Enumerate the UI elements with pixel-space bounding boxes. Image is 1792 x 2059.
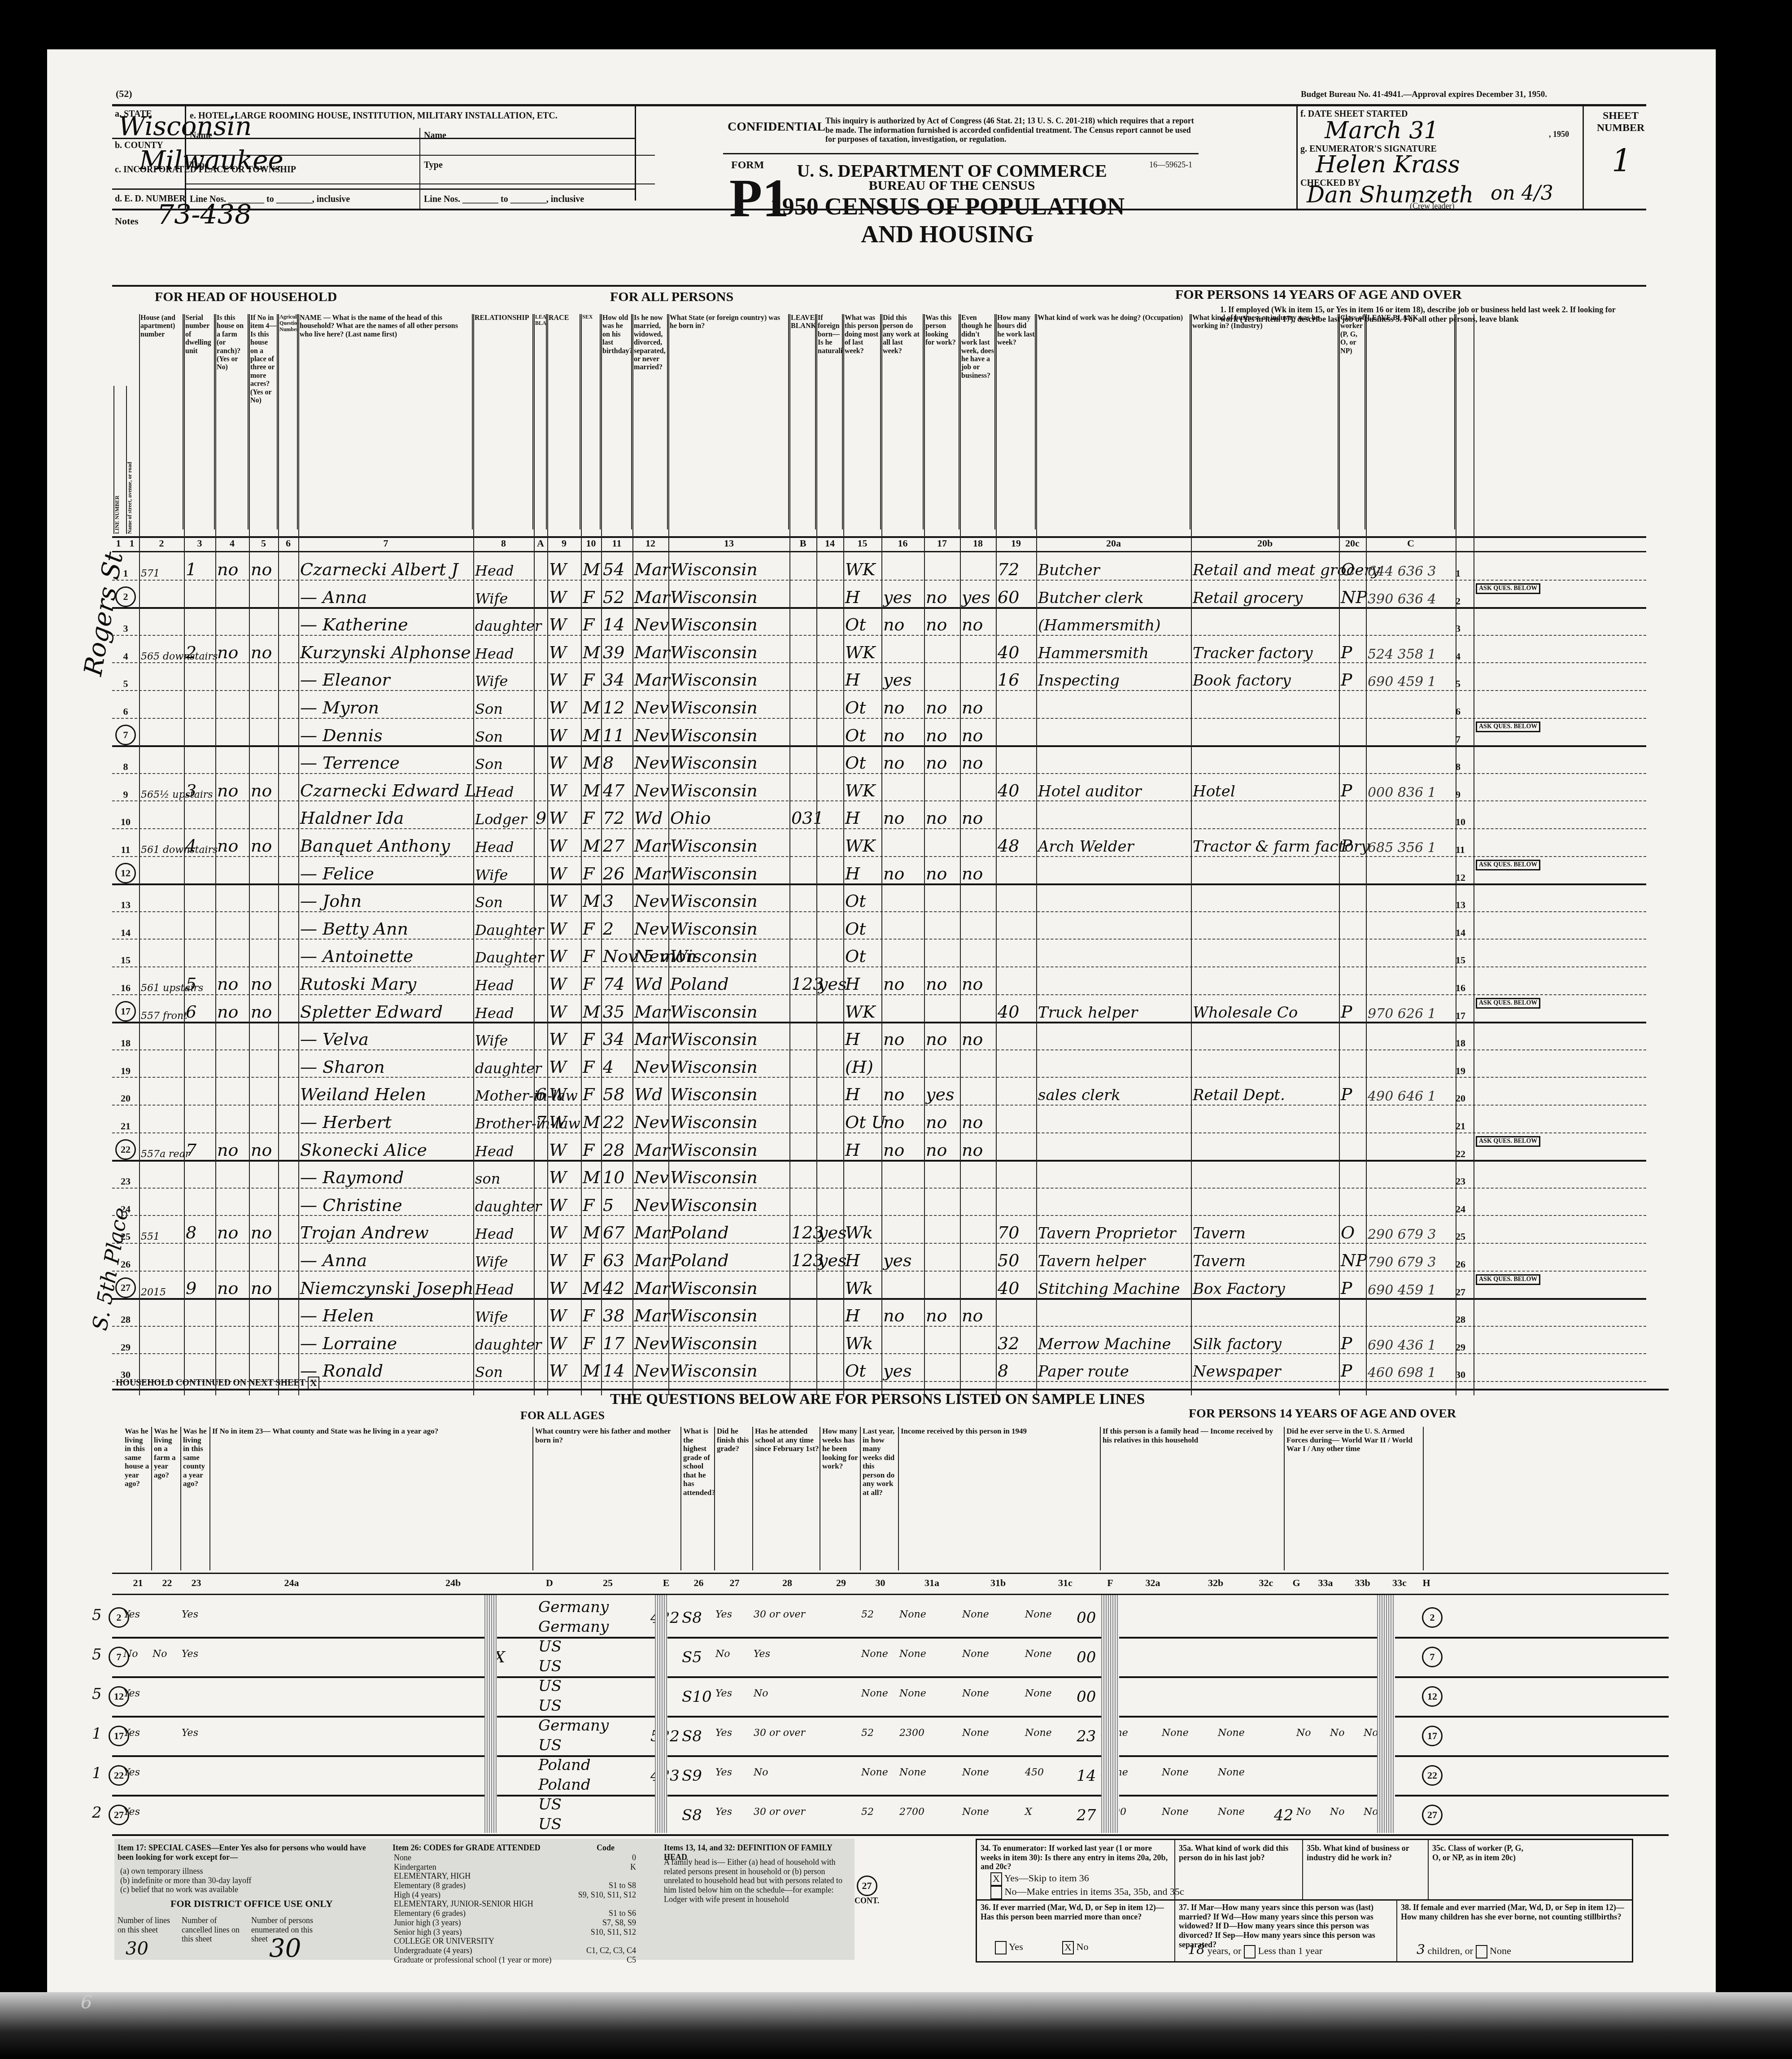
sample-cell-q21[interactable]: Yes: [123, 1688, 150, 1699]
q35c-text: 35c. Class of worker (P, G, O, or NP, as…: [1432, 1844, 1531, 1862]
checked-on: on 4/3: [1491, 182, 1553, 205]
left-margin-mark: 5: [92, 1685, 102, 1703]
household-continued-checkbox[interactable]: X: [308, 1377, 319, 1390]
table-row: 13— JohnSonWM3NevWisconsinOt13: [112, 883, 1646, 912]
table-row: 29— LorrainedaughterWF17NevWisconsinWk32…: [112, 1326, 1646, 1355]
line-number-right: 2: [1456, 580, 1474, 609]
line-number-value: 22: [115, 1139, 136, 1160]
cell-age: 12: [603, 690, 631, 719]
sample-column-number: G: [1285, 1577, 1308, 1589]
table-row: 10Haldner IdaLodger9WF72WdOhio031Hnonono…: [112, 800, 1646, 829]
cell-codes: 490 646 1: [1368, 1077, 1454, 1106]
cell-col17: no: [926, 745, 958, 774]
cell-col18: no: [962, 966, 994, 996]
column-number: 15: [843, 538, 881, 549]
cell-sex: M: [583, 745, 599, 774]
table-row: 2— AnnaWifeWF52MarWisconsinHyesnoyes60Bu…: [112, 580, 1646, 609]
cell-rel: Wife: [475, 662, 532, 691]
grade-code-value: S1 to S8: [609, 1881, 636, 1890]
cell-ind: Wholesale Co: [1193, 994, 1337, 1023]
cell-name: — Christine: [300, 1188, 471, 1217]
cell-col15: Wk: [845, 1326, 880, 1355]
cell-colA: 7: [536, 1105, 545, 1134]
cell-mar: Nev: [634, 607, 667, 636]
cell-age: 67: [603, 1215, 631, 1244]
cell-sex: F: [583, 911, 599, 940]
line-number: 16: [112, 966, 139, 996]
sample-column-number: 28: [754, 1577, 821, 1589]
column-header-17: Was this person looking for work?: [925, 314, 959, 529]
cell-race: W: [549, 745, 579, 774]
cell-sex: F: [583, 856, 599, 885]
sample-for-14-over: FOR PERSONS 14 YEARS OF AGE AND OVER: [1189, 1407, 1456, 1421]
sample-column-number: H: [1417, 1577, 1435, 1589]
column-number: 14: [816, 538, 843, 549]
cell-colB: 123: [791, 1243, 815, 1272]
cell-mar: Mar: [634, 1298, 667, 1327]
cell-codes: 685 356 1: [1368, 828, 1454, 857]
cell-col16: yes: [883, 580, 922, 609]
cell-name: Czarnecki Edward L: [300, 773, 471, 802]
sample-cell-q32c: None: [1218, 1767, 1272, 1778]
column-header-B: LEAVE BLANK: [791, 314, 816, 529]
grade-code-label: ELEMENTARY, HIGH: [394, 1871, 471, 1881]
table-row: 11561 downstairs4nonoBanquet AnthonyHead…: [112, 828, 1646, 857]
sample-cell-q31a: None: [899, 1609, 962, 1620]
q37-less-checkbox[interactable]: [1244, 1945, 1256, 1958]
cell-serial: 1: [186, 552, 214, 581]
cell-race: W: [549, 718, 579, 747]
grade-code-value: S7, S8, S9: [602, 1918, 636, 1928]
table-row: 6— MyronSonWM12NevWisconsinOtnonono6: [112, 690, 1646, 719]
cell-acres: no: [251, 966, 276, 996]
cell-rel: Brother-in-law: [475, 1105, 532, 1134]
cell-race: W: [549, 1243, 579, 1272]
cell-hours: 50: [998, 1243, 1034, 1272]
grade-codes-title: Item 26: CODES for GRADE ATTENDED: [392, 1843, 608, 1853]
cell-col15: H: [845, 856, 880, 885]
sample-cell-mother: US: [538, 1697, 628, 1715]
cell-age: 38: [603, 1298, 631, 1327]
cell-codes: 000 836 1: [1368, 773, 1454, 802]
grade-code-label: None: [394, 1853, 411, 1862]
cell-birth: Poland: [670, 1215, 788, 1244]
cell-sex: M: [583, 635, 599, 664]
cell-rel: Head: [475, 994, 532, 1023]
column-header-12: Is he now married, widowed, divorced, se…: [634, 314, 668, 529]
cell-col18: no: [962, 607, 994, 636]
column-number: 19: [996, 538, 1036, 549]
cell-col16: no: [883, 966, 922, 996]
cell-sex: M: [583, 1271, 599, 1300]
sample-cell-q28[interactable]: 30 or over: [754, 1609, 816, 1620]
cell-farm: no: [217, 635, 247, 664]
cell-race: W: [549, 1215, 579, 1244]
sample-header-q27: Did he finish this grade?: [717, 1427, 753, 1570]
q36-no-checkbox[interactable]: X: [1062, 1941, 1074, 1954]
cell-col15: H: [845, 966, 880, 996]
cell-col15: H: [845, 1022, 880, 1051]
cell-birth: Wisconsin: [670, 994, 788, 1023]
sample-cell-finish[interactable]: Yes: [715, 1609, 751, 1620]
line-number-right: 27: [1456, 1271, 1474, 1300]
cell-sex: F: [583, 580, 599, 609]
cell-cls: P: [1341, 1326, 1364, 1355]
sample-cell-q30: None: [861, 1767, 897, 1778]
sample-column-number: E: [650, 1577, 682, 1589]
cell-acres: no: [251, 1271, 276, 1300]
institution-name-label-2: Name: [424, 131, 446, 141]
cell-age: 14: [603, 607, 631, 636]
q35b-text: 35b. What kind of business or industry d…: [1307, 1844, 1423, 1862]
q36-no-option[interactable]: X No: [1062, 1941, 1088, 1954]
cell-sex: F: [583, 1188, 599, 1217]
section-all-persons: FOR ALL PERSONS: [610, 289, 733, 305]
line-number: 23: [112, 1160, 139, 1189]
cell-sex: M: [583, 1353, 599, 1382]
line-number: 27: [112, 1271, 139, 1300]
q34-yes-checkbox[interactable]: X: [990, 1872, 1002, 1886]
line-number-value: 23: [121, 1176, 131, 1187]
sample-cell-colF: 00: [1077, 1609, 1099, 1627]
line-number: 25: [112, 1215, 139, 1244]
column-number: 4: [215, 538, 249, 549]
leave-blank-hatch: [1377, 1595, 1395, 1833]
cell-age: 47: [603, 773, 631, 802]
q37-less-label: Less than 1 year: [1258, 1945, 1322, 1956]
cell-sex: M: [583, 552, 599, 581]
sample-cell-grade: S8: [682, 1727, 713, 1745]
cell-col17: no: [926, 690, 958, 719]
cell-sex: M: [583, 994, 599, 1023]
sample-header-q29: How many weeks has he been looking for w…: [822, 1427, 861, 1570]
cell-hours: 48: [998, 828, 1034, 857]
sample-cell-finish[interactable]: Yes: [715, 1806, 751, 1818]
cell-name: — Helen: [300, 1298, 471, 1327]
sample-column-number: 26: [682, 1577, 715, 1589]
cell-col18: [962, 552, 994, 581]
sample-cell-q23[interactable]: Yes: [182, 1648, 209, 1660]
sample-row: 22727YesUSUSS8Yes30 or over522700NoneX27…: [112, 1795, 1669, 1836]
cell-colB: 031: [791, 800, 815, 830]
cell-col15: H: [845, 580, 880, 609]
sample-header-q25: What country were his father and mother …: [535, 1427, 681, 1570]
cell-age: 58: [603, 1077, 631, 1106]
sample-header-q22: Was he living on a farm a year ago?: [154, 1427, 181, 1570]
sample-cell-q21[interactable]: No: [123, 1648, 150, 1660]
corner-mark: 6: [81, 1992, 92, 2013]
date-block: f. DATE SHEET STARTED March 31 , 1950 g.…: [1296, 106, 1657, 209]
cell-name: — Sharon: [300, 1049, 471, 1079]
cell-age: 52: [603, 580, 631, 609]
confidential-text: This inquiry is authorized by Act of Con…: [825, 116, 1198, 144]
sample-cell-q33a[interactable]: No: [1296, 1806, 1328, 1818]
q36-no-label: No: [1077, 1941, 1089, 1952]
line-number-right: 7: [1456, 718, 1474, 747]
household-continued: HOUSEHOLD CONTINUED ON NEXT SHEET X: [116, 1377, 319, 1390]
q36-yes-label: Yes: [1009, 1941, 1023, 1952]
cell-sex: F: [583, 1132, 599, 1162]
grade-code-row: High (4 years)S9, S10, S11, S12: [394, 1890, 636, 1900]
cell-birth: Wisconsin: [670, 607, 788, 636]
sample-cell-father: Germany: [538, 1717, 628, 1735]
q34-yes-label: Yes—Skip to item 36: [1004, 1872, 1089, 1884]
cell-col16: no: [883, 1298, 922, 1327]
line-number: 19: [112, 1049, 139, 1079]
cell-col18: no: [962, 1132, 994, 1162]
column-number: 12: [632, 538, 668, 549]
cell-name: — Eleanor: [300, 662, 471, 691]
ask-questions-badge: ASK QUES. BELOW: [1476, 721, 1540, 732]
cell-col15: H: [845, 1077, 880, 1106]
sheet-number-label: SHEET NUMBER: [1589, 110, 1652, 134]
cell-col18: no: [962, 856, 994, 885]
sheet-number: 1: [1612, 142, 1632, 179]
cell-race: W: [549, 690, 579, 719]
cell-name: — Dennis: [300, 718, 471, 747]
q38-none-checkbox[interactable]: [1476, 1945, 1487, 1958]
sample-cell-q33a[interactable]: No: [1296, 1727, 1328, 1739]
line-number-right: 20: [1456, 1077, 1474, 1106]
cell-codes: 690 459 1: [1368, 1271, 1454, 1300]
sample-cell-q31a: None: [899, 1767, 962, 1778]
cell-col15: WK: [845, 828, 880, 857]
cell-cls: P: [1341, 773, 1364, 802]
q34-no-option[interactable]: No—Make entries in items 35a, 35b, and 3…: [990, 1886, 1184, 1899]
column-number: 20a: [1036, 538, 1191, 549]
sample-cell-finish[interactable]: Yes: [715, 1767, 751, 1778]
line-number-right: 22: [1456, 1132, 1474, 1162]
cell-col17: no: [926, 856, 958, 885]
cell-rel: Son: [475, 1353, 532, 1382]
cell-hours: 32: [998, 1326, 1034, 1355]
sample-column-number: 31b: [964, 1577, 1032, 1589]
cell-occ: (Hammersmith): [1038, 607, 1189, 636]
q34-no-checkbox[interactable]: [990, 1886, 1002, 1899]
column-header-18: Even though he didn't work last week, do…: [961, 314, 995, 529]
date-started: March 31: [1325, 117, 1439, 144]
cell-race: W: [549, 1188, 579, 1217]
sample-cell-q32c: None: [1218, 1727, 1272, 1739]
sample-cell-q21[interactable]: Yes: [123, 1806, 150, 1818]
scan-edge: [0, 1992, 1792, 2059]
sample-cell-q31c: X: [1025, 1806, 1074, 1818]
cell-name: Weiland Helen: [300, 1077, 471, 1106]
q34-yes-option[interactable]: X Yes—Skip to item 36: [990, 1872, 1089, 1886]
institution-type-label-2: Type: [424, 160, 443, 170]
q34-text: 34. To enumerator: If worked last year (…: [981, 1844, 1169, 1871]
cell-birth: Wisconsin: [670, 635, 788, 664]
cell-name: — Lorraine: [300, 1326, 471, 1355]
table-row: 17557 front6nonoSpletter EdwardHeadWM35M…: [112, 994, 1646, 1024]
cell-birth: Wisconsin: [670, 773, 788, 802]
cell-mar: Wd: [634, 1077, 667, 1106]
cell-name: — Herbert: [300, 1105, 471, 1134]
grade-code-row: Junior high (3 years)S7, S8, S9: [394, 1918, 636, 1928]
cell-farm: no: [217, 966, 247, 996]
sample-cell-q28[interactable]: Yes: [754, 1648, 816, 1660]
cell-age: 10: [603, 1160, 631, 1189]
sample-column-number: 30: [861, 1577, 899, 1589]
cell-age: 26: [603, 856, 631, 885]
sample-cell-finish[interactable]: Yes: [715, 1688, 751, 1699]
sample-cell-q31a: None: [899, 1688, 962, 1699]
sample-column-number: 33b: [1343, 1577, 1382, 1589]
sample-cell-q31b: None: [962, 1648, 1025, 1660]
cell-cls: P: [1341, 662, 1364, 691]
cell-name: — Terrence: [300, 745, 471, 774]
q36-yes-checkbox[interactable]: [995, 1941, 1007, 1954]
table-row: 3— KatherinedaughterWF14NevWisconsinOtno…: [112, 607, 1646, 636]
sample-cell-finish[interactable]: No: [715, 1648, 751, 1660]
cell-col18: no: [962, 690, 994, 719]
cell-codes: 790 679 3: [1368, 1243, 1454, 1272]
sample-cell-q33b[interactable]: No: [1330, 1727, 1361, 1739]
cell-occ: Butcher: [1038, 552, 1189, 581]
cell-rel: Head: [475, 635, 532, 664]
cell-name: — Felice: [300, 856, 471, 885]
sample-cell-father: US: [538, 1677, 628, 1695]
sample-cell-grade: S10: [682, 1688, 713, 1706]
cell-col16: no: [883, 1105, 922, 1134]
sample-cell-q23[interactable]: Yes: [182, 1609, 209, 1620]
cell-age: 8: [603, 745, 631, 774]
cell-sex: F: [583, 1298, 599, 1327]
table-row: 21— HerbertBrother-in-law7WM22NevWiscons…: [112, 1105, 1646, 1133]
sample-header-q21: Was he living in this same house a year …: [125, 1427, 152, 1570]
cell-ind: Tavern: [1193, 1243, 1337, 1272]
sample-cell-q32b: None: [1162, 1806, 1218, 1818]
cell-ind: Box Factory: [1193, 1271, 1337, 1300]
cell-name: Rutoski Mary: [300, 966, 471, 996]
q37-years: 18: [1188, 1942, 1205, 1958]
ask-questions-badge: ASK QUES. BELOW: [1476, 583, 1540, 594]
cell-occ: Paper route: [1038, 1353, 1189, 1382]
cell-col15: Ot: [845, 911, 880, 940]
cell-mar: Nev: [634, 1105, 667, 1134]
cell-col18: no: [962, 1298, 994, 1327]
cell-mar: Mar: [634, 994, 667, 1023]
cell-mar: Mar: [634, 552, 667, 581]
cell-codes: 290 679 3: [1368, 1215, 1454, 1244]
line-number-right: 24: [1456, 1188, 1474, 1217]
cell-colA: 9: [536, 800, 545, 830]
table-row: 15— AntoinetteDaughterWFNov 5 monNevWisc…: [112, 939, 1646, 967]
sample-cell-q21[interactable]: Yes: [123, 1727, 150, 1739]
cell-mar: Mar: [634, 662, 667, 691]
line-number-right: 29: [1456, 1326, 1474, 1355]
cell-cls: NP: [1341, 1243, 1364, 1272]
column-number: 13: [668, 538, 789, 549]
cell-birth: Wisconsin: [670, 552, 788, 581]
cell-col18: no: [962, 718, 994, 747]
q38-suffix: children, or: [1428, 1945, 1473, 1956]
line-number: 6: [112, 690, 139, 719]
column-number: 1: [112, 538, 125, 549]
line-number: 2: [112, 580, 139, 609]
cell-age: 14: [603, 1353, 631, 1382]
cell-col15: WK: [845, 635, 880, 664]
cell-occ: Stitching Machine: [1038, 1271, 1189, 1300]
cell-rel: Daughter: [475, 939, 532, 968]
cell-serial: 6: [186, 994, 214, 1023]
sample-cell-q28[interactable]: No: [754, 1767, 816, 1778]
sample-cell-grade: S5: [682, 1648, 713, 1666]
ask-questions-badge: ASK QUES. BELOW: [1476, 860, 1540, 870]
cell-race: W: [549, 1132, 579, 1162]
cell-ind: Hotel: [1193, 773, 1337, 802]
sample-column-number: 25: [565, 1577, 650, 1589]
section-persons-14: FOR PERSONS 14 YEARS OF AGE AND OVER: [1175, 287, 1462, 302]
sample-cell-q28[interactable]: 30 or over: [754, 1727, 816, 1739]
line-number: 26: [112, 1243, 139, 1272]
sample-cell-q31b: None: [962, 1688, 1025, 1699]
sample-column-number: 33a: [1308, 1577, 1343, 1589]
persons-enumerated: 30: [269, 1934, 301, 1963]
special-case-item: (b) indefinite or more than 30-day layof…: [120, 1876, 371, 1885]
sample-line-number-right: 2: [1422, 1607, 1443, 1628]
cell-col16: no: [883, 800, 922, 830]
sample-cell-q32b: None: [1162, 1727, 1218, 1739]
line-number-value: 12: [115, 863, 136, 883]
q36-yes-option[interactable]: Yes: [995, 1941, 1023, 1954]
cell-mar: Wd: [634, 800, 667, 830]
cell-col17: [926, 552, 958, 581]
line-number-value: 10: [121, 816, 131, 828]
leave-blank-hatch: [1101, 1595, 1119, 1833]
column-number: A: [534, 538, 547, 549]
cell-serial: 3: [186, 773, 214, 802]
sample-cell-q22[interactable]: No: [153, 1648, 179, 1660]
sample-cell-father: US: [538, 1638, 628, 1656]
section-head-of-household: FOR HEAD OF HOUSEHOLD: [155, 289, 337, 305]
sample-cell-q28[interactable]: 30 or over: [754, 1806, 816, 1818]
cell-col14: yes: [818, 1215, 841, 1244]
sample-cell-q33b[interactable]: No: [1330, 1806, 1361, 1818]
sample-cell-finish[interactable]: Yes: [715, 1727, 751, 1739]
cell-hours: 70: [998, 1215, 1034, 1244]
cell-birth: Wisconsin: [670, 828, 788, 857]
leave-blank-hatch: [484, 1595, 497, 1833]
sample-cell-q23[interactable]: Yes: [182, 1727, 209, 1739]
line-number: 7: [112, 718, 139, 747]
grade-code-row: Graduate or professional school (1 year …: [394, 1955, 636, 1965]
sample-cell-q21[interactable]: Yes: [123, 1767, 150, 1778]
line-number-right: 21: [1456, 1105, 1474, 1134]
sample-column-number: 31c: [1032, 1577, 1099, 1589]
sample-cell-q28[interactable]: No: [754, 1688, 816, 1699]
cell-mar: Nev: [634, 883, 667, 913]
special-case-item: (c) belief that no work was available: [120, 1885, 371, 1894]
column-header-1: Name of street, avenue, or road: [126, 386, 139, 534]
line-number: 29: [112, 1326, 139, 1355]
cell-cls: P: [1341, 1353, 1364, 1382]
bureau-title: BUREAU OF THE CENSUS: [795, 178, 1109, 193]
ask-questions-badge: ASK QUES. BELOW: [1476, 1136, 1540, 1147]
institution-label: e. HOTEL, LARGE ROOMING HOUSE, INSTITUTI…: [190, 111, 558, 121]
cell-hours: 16: [998, 662, 1034, 691]
cell-rel: Head: [475, 1271, 532, 1300]
column-header-15: What was this person doing most of last …: [845, 314, 881, 529]
grade-code-label: Senior high (3 years): [394, 1928, 462, 1937]
column-number: 3: [184, 538, 215, 549]
sample-line-number-right: 22: [1422, 1765, 1443, 1786]
cell-mar: Nev: [634, 1049, 667, 1079]
sample-cell-q21[interactable]: Yes: [123, 1609, 150, 1620]
grade-code-row: COLLEGE OR UNIVERSITY: [394, 1937, 636, 1946]
line-number: 1: [112, 552, 139, 581]
column-number: 5: [249, 538, 278, 549]
